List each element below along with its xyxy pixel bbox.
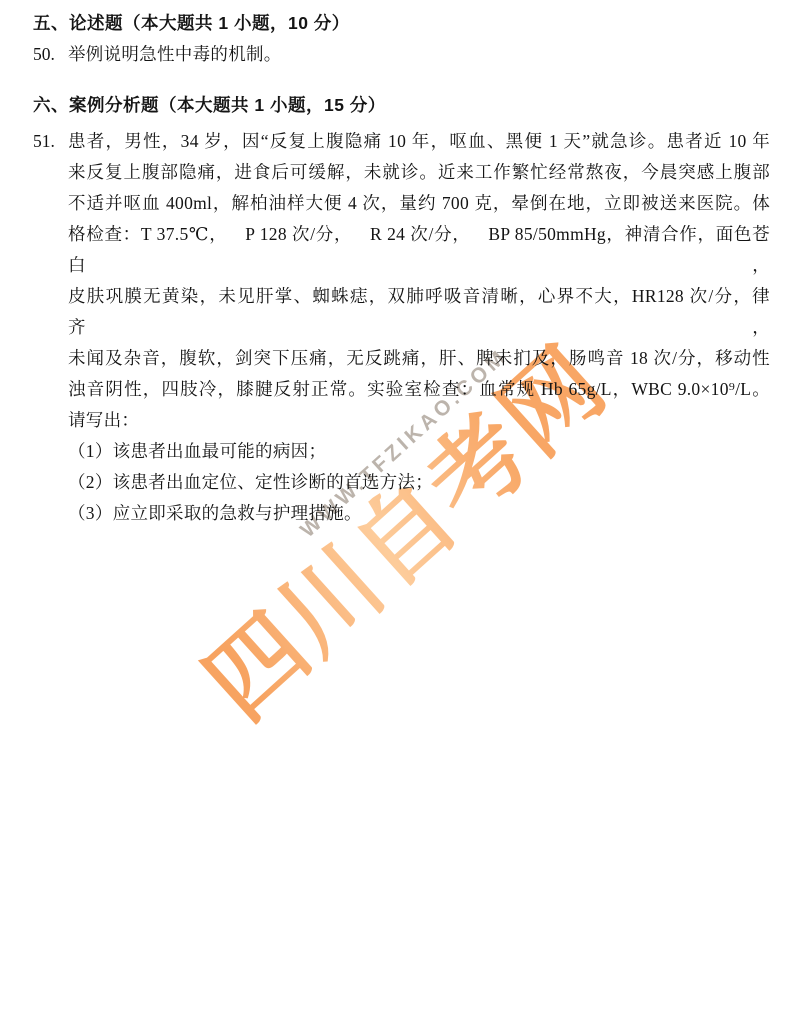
sub-question-2: （2）该患者出血定位、定性诊断的首选方法；: [68, 467, 770, 498]
sub-question-3: （3）应立即采取的急救与护理措施。: [68, 498, 770, 529]
exam-page: WWW.TFZIKAO.COM 四川自考网 五、论述题（本大题共 1 小题，10…: [0, 0, 800, 1027]
question-text-line: 不适并呕血 400ml，解柏油样大便 4 次，量约 700 克，晕倒在地，立即被…: [68, 188, 770, 219]
section-heading: 六、案例分析题（本大题共 1 小题，15 分）: [33, 90, 770, 121]
question-text-line: 浊音阴性，四肢冷，膝腱反射正常。实验室检查：血常规 Hb 65g/L，WBC 9…: [68, 374, 770, 405]
question-body: 举例说明急性中毒的机制。: [68, 39, 770, 70]
question-number: 51.: [33, 126, 68, 157]
question-text-line: 未闻及杂音，腹软，剑突下压痛，无反跳痛，肝、脾未扪及，肠鸣音 18 次/分，移动…: [68, 343, 770, 374]
section-essay: 五、论述题（本大题共 1 小题，10 分） 50. 举例说明急性中毒的机制。: [33, 8, 770, 70]
question-50: 50. 举例说明急性中毒的机制。: [33, 39, 770, 70]
section-heading: 五、论述题（本大题共 1 小题，10 分）: [33, 8, 770, 39]
question-text-line: 举例说明急性中毒的机制。: [68, 39, 770, 70]
section-case-analysis: 六、案例分析题（本大题共 1 小题，15 分） 51. 患者，男性，34 岁，因…: [33, 90, 770, 529]
exam-content: 五、论述题（本大题共 1 小题，10 分） 50. 举例说明急性中毒的机制。 六…: [0, 0, 800, 529]
sub-question-1: （1）该患者出血最可能的病因；: [68, 436, 770, 467]
question-text-line: 皮肤巩膜无黄染，未见肝掌、蜘蛛痣，双肺呼吸音清晰，心界不大，HR128 次/分，…: [68, 281, 770, 343]
question-text-line: 请写出：: [68, 405, 770, 436]
question-number: 50.: [33, 39, 68, 70]
question-51: 51. 患者，男性，34 岁，因“反复上腹隐痛 10 年，呕血、黑便 1 天”就…: [33, 126, 770, 529]
question-text-line: 患者，男性，34 岁，因“反复上腹隐痛 10 年，呕血、黑便 1 天”就急诊。患…: [68, 126, 770, 157]
question-body: 患者，男性，34 岁，因“反复上腹隐痛 10 年，呕血、黑便 1 天”就急诊。患…: [68, 126, 770, 529]
question-text-line: 格检查：T 37.5℃， P 128 次/分， R 24 次/分， BP 85/…: [68, 219, 770, 281]
question-text-line: 来反复上腹部隐痛，进食后可缓解，未就诊。近来工作繁忙经常熬夜，今晨突感上腹部: [68, 157, 770, 188]
